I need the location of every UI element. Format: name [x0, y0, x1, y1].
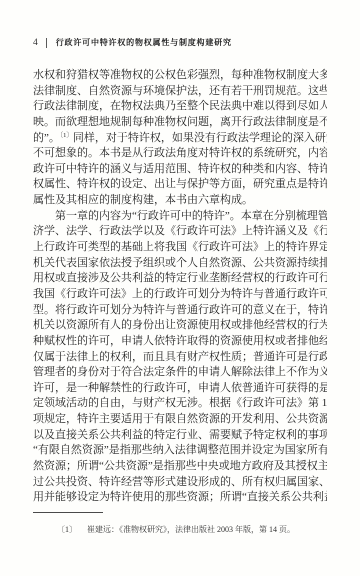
text-line: 济学、法学、行政法学以及《行政许可法》上特许涵义及《行政许可法》 [33, 224, 327, 240]
text-line: 型。将行政许可划分为特许与普通行政许可的意义在于，特许是行政 [33, 303, 327, 319]
text-line: 权属性、特许权的设定、出让与保护等方面，研究重点是特许权的物权 [33, 177, 327, 193]
header-divider [46, 38, 47, 48]
footnote: 〔1〕 崔建远：《准物权研究》，法律出版社 2003 年版，第 14 页。 [33, 524, 327, 535]
text-line: 映。而欲理想地规制每种准物权问题，离开行政法律制度是不可想象 [33, 115, 327, 131]
text-line: 许可，是一种解禁性的行政许可，申请人依普通许可获得的是从事特 [33, 381, 327, 397]
text-line: 种赋权性的许可，申请人依特许取得的资源使用权或者排他经营权不 [33, 334, 327, 350]
text-line: 政许可中特许的涵义与适用范围、特许权的种类和内容、特许权的物 [33, 162, 327, 178]
text-line: 行政法律制度，在物权法典乃至整个民法典中难以得到尽如人意的反 [33, 99, 327, 115]
text-line: 定领域活动的自由，与财产权无涉。根据《行政许可法》第 12 条第 2 [33, 396, 327, 412]
text-line: 用权或直接涉及公共利益的特定行业垄断经营权的行政许可行为，将 [33, 271, 327, 287]
text-line: 我国《行政许可法》上的行政许可划分为特许与普通行政许可两大类 [33, 287, 327, 303]
text-line: 过公共投资、特许经营等形式建设形成的、所有权归属国家、供公共使 [33, 475, 327, 491]
running-title: 行政许可中特许权的物权属性与制度构建研究 [56, 37, 232, 48]
book-page: 4 行政许可中特许权的物权属性与制度构建研究 水权和狩猎权等准物权的公权色彩强烈… [0, 0, 360, 576]
text-line: 以及直接关系公共利益的特定行业、需要赋予特定权利的事项。所谓 [33, 428, 327, 444]
text-line: 法律制度、自然资源与环境保护法，还有若干刑罚规范。这些，尤其是 [33, 84, 327, 100]
text-line: “有限自然资源”是指那些纳入法律调整范围并设定为国家所有的自 [33, 443, 327, 459]
page-number: 4 [33, 38, 38, 48]
text-line: 的”。〔1〕同样，对于特许权，如果没有行政法学理论的深入研究，也是 [33, 131, 327, 147]
text-line: 用并能够设定为特许使用的那些资源；所谓“直接关系公共利益的特 [33, 490, 327, 506]
text-line: 不可想象的。本书是从行政法角度对特许权的系统研究，内容包括行 [33, 146, 327, 162]
text-line: 上行政许可类型的基础上将我国《行政许可法》上的特许界定为行政 [33, 240, 327, 256]
text-line: 项规定，特许主要适用于有限自然资源的开发利用、公共资源的配置 [33, 412, 327, 428]
text-line: 仅属于法律上的权利，而且具有财产权性质；普通许可是行政机关以 [33, 350, 327, 366]
footnote-rule [33, 512, 103, 513]
text-line: 第一章的内容为“行政许可中的特许”。本章在分别梳理管制经 [33, 209, 327, 225]
body-text: 水权和狩猎权等准物权的公权色彩强烈，每种准物权制度大多为行政法律制度、自然资源与… [33, 68, 327, 506]
text-line: 机关以资源所有人的身份出让资源使用权或排他经营权的行为，是一 [33, 318, 327, 334]
text-line: 机关代表国家依法授予组织或个人自然资源、公共资源持续排他的使 [33, 256, 327, 272]
footnote-ref-marker: 〔1〕 [60, 132, 73, 139]
footnote-text: 崔建远：《准物权研究》，法律出版社 2003 年版，第 14 页。 [87, 525, 295, 534]
text-line: 然资源；所谓“公共资源”是指那些中央或地方政府及其授权主体通 [33, 459, 327, 475]
footnote-marker: 〔1〕 [57, 525, 77, 534]
text-line: 水权和狩猎权等准物权的公权色彩强烈，每种准物权制度大多为行政 [33, 68, 327, 84]
running-header: 4 行政许可中特许权的物权属性与制度构建研究 [33, 37, 327, 48]
text-line: 属性及其相应的制度构建，本书由六章构成。 [33, 193, 327, 209]
text-line: 管理者的身份对于符合法定条件的申请人解除法律上不作为义务的 [33, 365, 327, 381]
